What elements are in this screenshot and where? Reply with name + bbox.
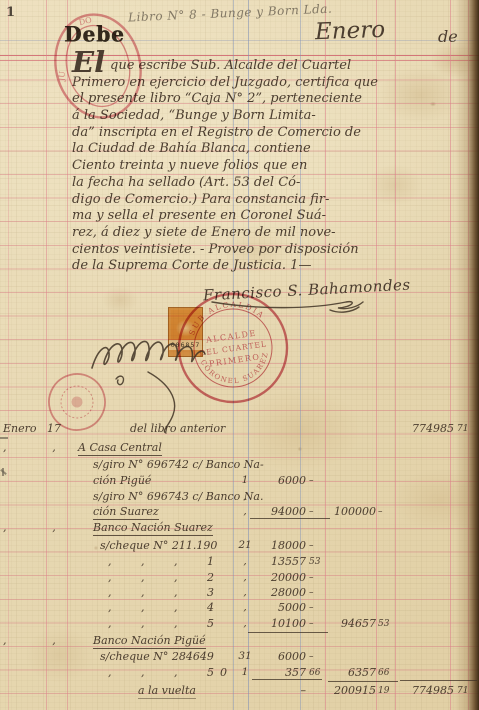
ledger-row: s/cheque N° 284649 31 6000– <box>0 650 479 666</box>
ledger-amount: – <box>246 684 306 697</box>
ledger-desc: s/giro N° 696742 c/ Banco Na- <box>93 458 264 471</box>
ledger-amount: 28000 <box>246 586 306 599</box>
ledger-amount-cents: 53 <box>309 557 325 567</box>
ledger-folio: , <box>233 490 257 502</box>
ledger-month-ditto: , <box>3 441 45 454</box>
second-signature-scrawl <box>92 341 205 368</box>
ledger-subtotal-cents: 53 <box>378 619 394 629</box>
ledger-amount: 13557 <box>246 555 306 568</box>
sum-rule <box>400 680 477 681</box>
ledger-amount-cents: – <box>309 588 325 598</box>
ledger-desc-ditto: , , , 50 <box>108 666 233 679</box>
sum-rule <box>252 679 322 680</box>
ledger-balance-cents: 71 <box>457 686 473 696</box>
ledger-amount-cents: – <box>309 476 325 486</box>
ledger-day-ditto: , <box>45 634 63 647</box>
ledger-balance: 774985 <box>397 422 454 435</box>
ledger-desc: s/cheque N° 211.190 <box>100 539 217 552</box>
ledger-day-ditto: , <box>45 521 63 534</box>
ledger-amount-cents: – <box>309 603 325 613</box>
ledger-amount: 10100 <box>246 617 306 630</box>
signature-flourish <box>212 302 363 309</box>
ledger-row: , , , 3 , 28000– <box>0 586 479 602</box>
ledger-day: 17 <box>45 422 63 435</box>
ledger-row: s/giro N° 696742 c/ Banco Na- <box>0 458 479 474</box>
ledger-month-ditto: , <box>3 521 45 534</box>
ledger-amount: 20000 <box>246 571 306 584</box>
ledger-heading: A Casa Central <box>78 441 162 456</box>
ledger-amount: 6000 <box>246 474 306 487</box>
ledger-amount-cents: – <box>309 619 325 629</box>
ledger-heading: Banco Nación Pigüé <box>93 634 206 649</box>
ledger-day-ditto: , <box>45 441 63 454</box>
ledger-desc: s/cheque N° 284649 <box>100 650 214 663</box>
ledger-row: , , , 4 , 5000– <box>0 601 479 617</box>
ledger-total-cents: 19 <box>378 686 394 696</box>
ledger-row: , , Banco Nación Pigüé <box>0 634 479 650</box>
ledger-amount-cents: – <box>309 541 325 551</box>
ledger-desc-ditto: , , , 4 <box>108 601 220 614</box>
ledger-subtotal-cents: 66 <box>378 668 394 678</box>
ledger-desc: del libro anterior <box>130 422 225 435</box>
ledger-subtotal: 94657 <box>324 617 376 630</box>
ledger-desc-ditto: , , , 2 <box>108 571 220 584</box>
ledger-desc-ditto: , , , 3 <box>108 586 220 599</box>
ledger-month: Enero <box>3 422 45 435</box>
ledger-row: , , A Casa Central <box>0 441 479 457</box>
ledger-desc-ditto: , , , 5 <box>108 617 220 630</box>
ledger-desc-ditto: , , , 1 <box>108 555 220 568</box>
ledger-amount-cents: – <box>309 573 325 583</box>
ledger-subtotal: 6357 <box>324 666 376 679</box>
ledger-balance-cents: 71 <box>457 424 473 434</box>
ledger-amount-cents: – <box>309 652 325 662</box>
ledger-amount: 5000 <box>246 601 306 614</box>
ledger-row: ción Suarez , 94000– 100000– <box>0 505 479 521</box>
ledger-amount: 94000 <box>246 505 306 518</box>
ledger-row: , , Banco Nación Suarez <box>0 521 479 537</box>
ledger-page-scan: 1 Libro N° 8 - Bunge y Born Lda. Debe En… <box>0 0 479 710</box>
ledger-subtotal-cents: – <box>378 507 394 517</box>
ledger-desc: ción Suarez <box>93 505 159 520</box>
ledger-desc: ción Pigüé <box>93 474 151 487</box>
ledger-amount: 18000 <box>246 539 306 552</box>
ledger-amount-cents: – <box>309 507 325 517</box>
ledger-row: Enero 17 del libro anterior 77498571 <box>0 422 479 438</box>
ledger-total: 200915 <box>324 684 376 697</box>
ledger-row: , , , 2 , 20000– <box>0 571 479 587</box>
ledger-carry-forward: a la vuelta <box>138 684 196 699</box>
ledger-row: ción Pigüé 1 6000– <box>0 474 479 490</box>
ledger-amount-cents: 66 <box>309 668 325 678</box>
ledger-row: s/cheque N° 211.190 21 18000– <box>0 539 479 555</box>
ledger-month-ditto: , <box>3 634 45 647</box>
ledger-heading: Banco Nación Suarez <box>93 521 213 536</box>
ledger-row: , , , 5 , 10100– 9465753 <box>0 617 479 633</box>
sum-rule <box>250 518 330 519</box>
ledger-row: a la vuelta – 20091519 77498571 <box>0 684 479 700</box>
ledger-row: , , , 1 , 1355753 <box>0 555 479 571</box>
ledger-amount: 357 <box>246 666 306 679</box>
sum-rule <box>248 632 328 633</box>
ledger-balance: 774985 <box>397 684 454 697</box>
ledger-row: s/giro N° 696743 c/ Banco Na. , <box>0 490 479 506</box>
sum-rule <box>328 681 398 682</box>
ledger-amount: 6000 <box>246 650 306 663</box>
ledger-subtotal: 100000 <box>324 505 376 518</box>
